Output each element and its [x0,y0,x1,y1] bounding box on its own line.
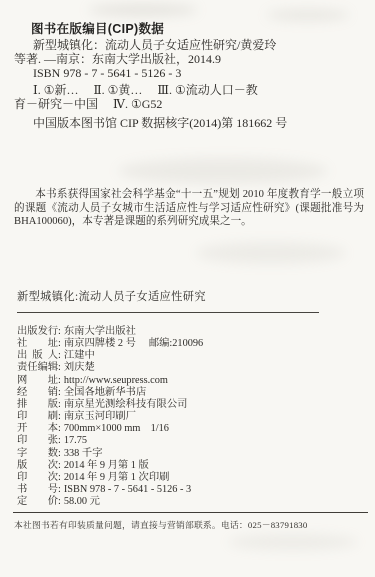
cip-line-title-author: 新型城镇化：流动人员子女适应性研究/黄爱玲 [14,39,359,53]
row-label: 印次 [17,472,58,484]
row-sheets: 印张:17.75 [17,435,368,447]
colon: : [58,326,61,337]
row-value: 南京星光测绘科技有限公司 [64,399,188,410]
scan-smudge [88,4,198,16]
colon: : [58,484,61,495]
row-label: 定价 [17,496,58,508]
row-label: 排版 [17,399,58,411]
row-label: 印刷 [17,411,58,423]
row-value: 338 千字 [64,448,103,459]
row-value: 东南大学出版社 [64,326,136,337]
colon: : [58,362,61,373]
scan-smudge [266,9,350,21]
row-value: 全国各地新华书店 [64,387,146,398]
row-format: 开本:700mm×1000 mm 1/16 [17,423,368,435]
row-publisher: 出版发行:东南大学出版社 [17,326,368,338]
row-value: 700mm×1000 mm 1/16 [64,423,169,434]
row-distribution: 经销:全国各地新华书店 [17,387,368,399]
row-printing: 印刷:南京玉河印刷厂 [17,411,368,423]
row-label: 社址 [17,338,58,350]
colon: : [58,472,61,483]
cip-record: 新型城镇化：流动人员子女适应性研究/黄爱玲 等著. —南京：东南大学出版社，20… [14,39,359,130]
row-value: 58.00 元 [64,496,100,507]
colon: : [58,411,61,422]
row-value: 2014 年 9 月第 1 次印刷 [64,472,170,483]
colon: : [58,338,61,349]
row-editor: 责任编辑:刘庆楚 [17,362,368,374]
colon: : [58,448,61,459]
row-impression: 印次:2014 年 9 月第 1 次印刷 [17,472,368,484]
scan-smudge [228,534,358,550]
funding-note: 本书系获得国家社会科学基金“十一五”规划 2010 年度教育学一般立项的课题《流… [14,188,364,229]
book-title: 新型城镇化:流动人员子女适应性研究 [17,291,368,304]
colon: : [58,387,61,398]
row-value: http://www.seupress.com [64,375,168,386]
cip-line-classification-1: Ⅰ. ①新… Ⅱ. ①黄… Ⅲ. ①流动人口－教 [14,84,359,98]
row-website: 网址:http://www.seupress.com [17,375,368,387]
colon: : [58,423,61,434]
cip-header: 图书在版编目(CIP)数据 [31,19,164,37]
row-value: 南京四牌楼 2 号 邮编:210096 [64,338,203,349]
row-label: 版次 [17,460,58,472]
row-label: 经销 [17,387,58,399]
row-label: 开本 [17,423,58,435]
scan-smudge [118,158,328,184]
quality-contact-note: 本社图书若有印装质量问题，请直接与营销部联系。电话：025－83791830 [14,518,308,531]
colophon-block: 新型城镇化:流动人员子女适应性研究 出版发行:东南大学出版社 社址:南京四牌楼 … [17,291,368,508]
cip-line-isbn: ISBN 978 - 7 - 5641 - 5126 - 3 [14,67,359,81]
row-value: ISBN 978 - 7 - 5641 - 5126 - 3 [64,484,191,495]
row-label: 字数 [17,448,58,460]
row-label: 出版发行 [17,326,58,338]
row-value: 刘庆楚 [64,362,95,373]
colon: : [58,496,61,507]
row-value: 江建中 [64,350,95,361]
colon: : [58,435,61,446]
cip-line-publisher: 等著. —南京：东南大学出版社，2014.9 [14,53,359,67]
cip-line-record-number: 中国版本图书馆 CIP 数据核字(2014)第 181662 号 [14,117,359,131]
title-divider [17,312,319,313]
row-edition: 版次:2014 年 9 月第 1 版 [17,460,368,472]
row-typesetting: 排版:南京星光测绘科技有限公司 [17,399,368,411]
row-publisher-person: 出版人:江建中 [17,350,368,362]
bottom-divider [13,512,368,513]
cip-line-classification-2: 育－研究－中国 Ⅳ. ①G52 [14,98,359,112]
colon: : [58,375,61,386]
colon: : [58,460,61,471]
row-label: 责任编辑 [17,362,58,374]
row-value: 2014 年 9 月第 1 版 [64,460,149,471]
row-label: 网址 [17,375,58,387]
colon: : [58,350,61,361]
publication-info: 出版发行:东南大学出版社 社址:南京四牌楼 2 号 邮编:210096 出版人:… [17,326,368,508]
row-value: 南京玉河印刷厂 [64,411,136,422]
scan-smudge [196,242,346,264]
row-word-count: 字数:338 千字 [17,448,368,460]
row-label: 印张 [17,435,58,447]
row-isbn: 书号:ISBN 978 - 7 - 5641 - 5126 - 3 [17,484,368,496]
row-label: 书号 [17,484,58,496]
row-price: 定价:58.00 元 [17,496,368,508]
row-label: 出版人 [17,350,58,362]
book-copyright-page: 图书在版编目(CIP)数据 新型城镇化：流动人员子女适应性研究/黄爱玲 等著. … [0,0,375,577]
colon: : [58,399,61,410]
row-value: 17.75 [64,435,87,446]
row-address: 社址:南京四牌楼 2 号 邮编:210096 [17,338,368,350]
